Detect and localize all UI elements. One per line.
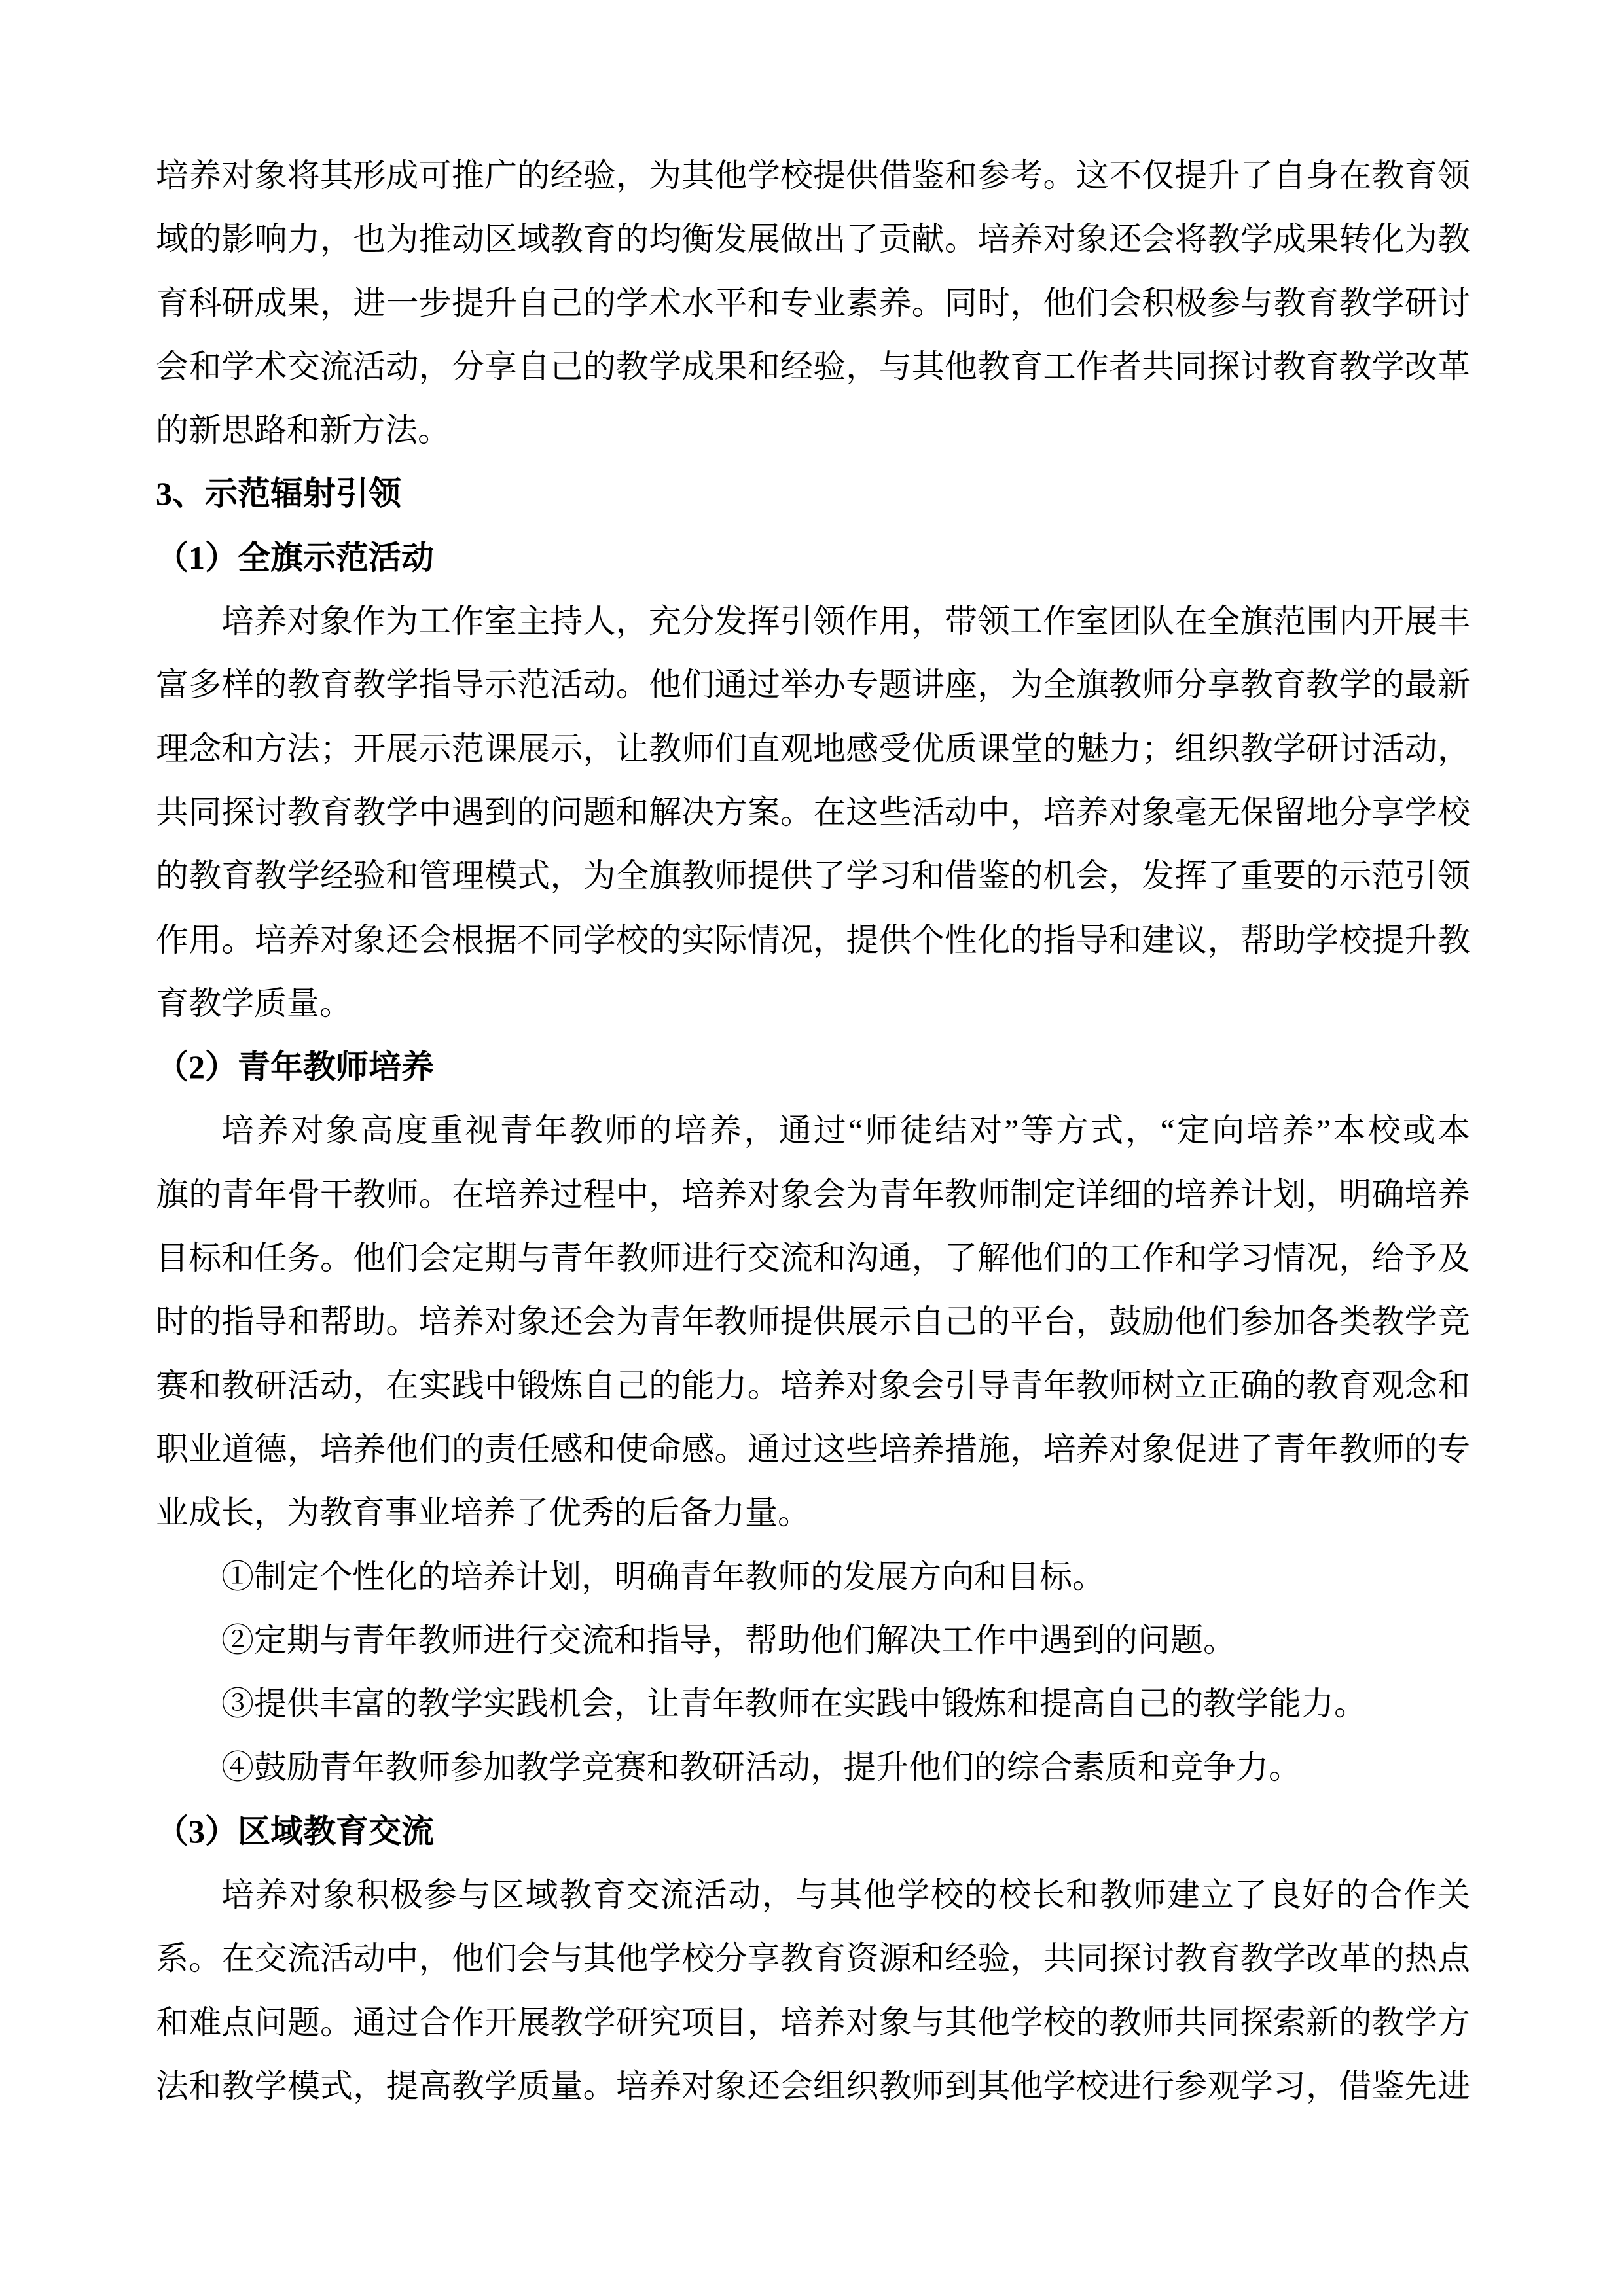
text-line: 的新思路和新方法。 [156, 399, 1470, 462]
section-heading: （3）区域教育交流 [156, 1800, 1470, 1863]
text-line: 会和学术交流活动，分享自己的教学成果和经验，与其他教育工作者共同探讨教育教学改革 [156, 335, 1470, 399]
list-item: ③提供丰富的教学实践机会，让青年教师在实践中锻炼和提高自己的教学能力。 [156, 1672, 1470, 1736]
text-line: 目标和任务。他们会定期与青年教师进行交流和沟通，了解他们的工作和学习情况，给予及 [156, 1227, 1470, 1290]
text-line: 作用。培养对象还会根据不同学校的实际情况，提供个性化的指导和建议，帮助学校提升教 [156, 908, 1470, 972]
text-line: 共同探讨教育教学中遇到的问题和解决方案。在这些活动中，培养对象毫无保留地分享学校 [156, 781, 1470, 844]
text-line: 培养对象高度重视青年教师的培养，通过“师徒结对”等方式，“定向培养”本校或本 [156, 1099, 1470, 1162]
section-heading: （2）青年教师培养 [156, 1035, 1470, 1099]
text-line: 富多样的教育教学指导示范活动。他们通过举办专题讲座，为全旗教师分享教育教学的最新 [156, 653, 1470, 717]
document-body: 培养对象将其形成可推广的经验，为其他学校提供借鉴和参考。这不仅提升了自身在教育领… [156, 144, 1470, 2118]
text-line: 系。在交流活动中，他们会与其他学校分享教育资源和经验，共同探讨教育教学改革的热点 [156, 1927, 1470, 1990]
list-item: ②定期与青年教师进行交流和指导，帮助他们解决工作中遇到的问题。 [156, 1609, 1470, 1672]
text-line: 理念和方法；开展示范课展示，让教师们直观地感受优质课堂的魅力；组织教学研讨活动， [156, 717, 1470, 781]
text-line: 培养对象积极参与区域教育交流活动，与其他学校的校长和教师建立了良好的合作关 [156, 1863, 1470, 1927]
text-line: 培养对象作为工作室主持人，充分发挥引领作用，带领工作室团队在全旗范围内开展丰 [156, 590, 1470, 653]
text-line: 和难点问题。通过合作开展教学研究项目，培养对象与其他学校的教师共同探索新的教学方 [156, 1991, 1470, 2054]
text-line: 育教学质量。 [156, 972, 1470, 1035]
text-line: 赛和教研活动，在实践中锻炼自己的能力。培养对象会引导青年教师树立正确的教育观念和 [156, 1354, 1470, 1418]
text-line: 业成长，为教育事业培养了优秀的后备力量。 [156, 1481, 1470, 1545]
text-line: 法和教学模式，提高教学质量。培养对象还会组织教师到其他学校进行参观学习，借鉴先进 [156, 2054, 1470, 2118]
text-line: 职业道德，培养他们的责任感和使命感。通过这些培养措施，培养对象促进了青年教师的专 [156, 1418, 1470, 1481]
list-item: ①制定个性化的培养计划，明确青年教师的发展方向和目标。 [156, 1545, 1470, 1609]
text-line: 域的影响力，也为推动区域教育的均衡发展做出了贡献。培养对象还会将教学成果转化为教 [156, 207, 1470, 271]
text-line: 旗的青年骨干教师。在培养过程中，培养对象会为青年教师制定详细的培养计划，明确培养 [156, 1163, 1470, 1227]
list-item: ④鼓励青年教师参加教学竞赛和教研活动，提升他们的综合素质和竞争力。 [156, 1736, 1470, 1799]
section-heading: 3、示范辐射引领 [156, 462, 1470, 526]
section-heading: （1）全旗示范活动 [156, 526, 1470, 590]
text-line: 的教育教学经验和管理模式，为全旗教师提供了学习和借鉴的机会，发挥了重要的示范引领 [156, 844, 1470, 908]
document-page: 培养对象将其形成可推广的经验，为其他学校提供借鉴和参考。这不仅提升了自身在教育领… [0, 0, 1624, 2296]
text-line: 时的指导和帮助。培养对象还会为青年教师提供展示自己的平台，鼓励他们参加各类教学竞 [156, 1290, 1470, 1354]
text-line: 育科研成果，进一步提升自己的学术水平和专业素养。同时，他们会积极参与教育教学研讨 [156, 272, 1470, 335]
text-line: 培养对象将其形成可推广的经验，为其他学校提供借鉴和参考。这不仅提升了自身在教育领 [156, 144, 1470, 207]
